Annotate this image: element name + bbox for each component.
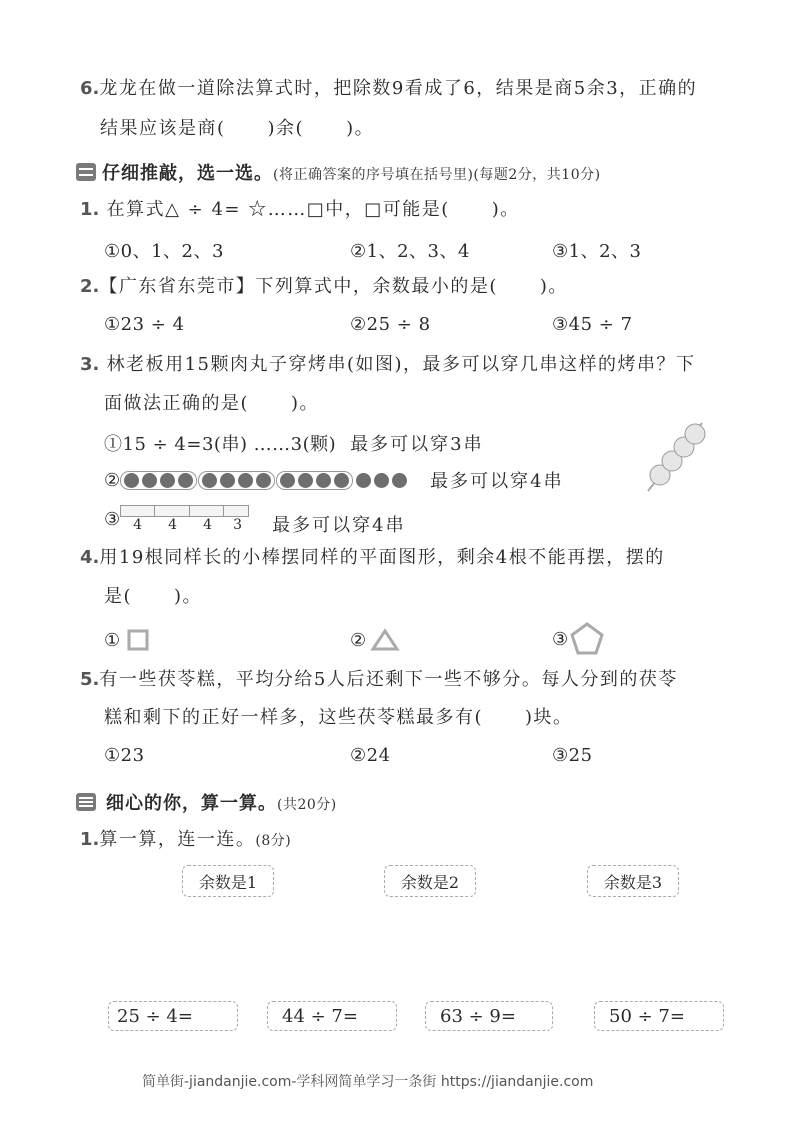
- pentagon-shape-icon: [570, 622, 604, 656]
- group-of-4: [198, 471, 275, 490]
- question-6-line1: 6.龙龙在做一道除法算式时，把除数9看成了6，结果是商5余3，正确的: [80, 77, 697, 101]
- section-2-header: 仔细推敲，选一选。(将正确答案的序号填在括号里)(每题2分，共10分): [76, 159, 601, 185]
- group-of-4: [276, 471, 353, 490]
- option-1[interactable]: ①: [104, 628, 150, 652]
- section-3-header: 细心的你，算一算。(共20分): [76, 789, 337, 815]
- option-3[interactable]: ③1、2、3: [552, 237, 642, 263]
- option-1[interactable]: ①0、1、2、3: [104, 237, 224, 263]
- s2-question-4-line2: 是()。: [104, 585, 202, 609]
- option-2[interactable]: ②24: [350, 745, 391, 766]
- remainder-box-3[interactable]: 余数是3: [587, 865, 679, 897]
- expression-box-3[interactable]: 63 ÷ 9=: [425, 1001, 553, 1031]
- option-1[interactable]: ①23 ÷ 4: [104, 314, 185, 335]
- option-3[interactable]: ③ 4 4 4 3 最多可以穿4串: [104, 505, 406, 537]
- option-2[interactable]: ②: [350, 628, 400, 652]
- footer-watermark: 简单街-jiandanjie.com-学科网简单学习一条街 https://ji…: [142, 1071, 593, 1091]
- option-3[interactable]: ③: [552, 622, 604, 656]
- s3-question-1: 1.算一算，连一连。(8分): [80, 828, 291, 853]
- s2-question-5-line2: 糕和剩下的正好一样多，这些茯苓糕最多有()块。: [104, 706, 573, 730]
- meatball-groups: [120, 471, 410, 490]
- option-2[interactable]: ②25 ÷ 8: [350, 314, 431, 335]
- section-note: (共20分): [277, 797, 337, 813]
- s2-question-3-line2: 面做法正确的是()。: [104, 392, 319, 416]
- section-note: (将正确答案的序号填在括号里)(每题2分，共10分): [273, 167, 601, 183]
- square-shape-icon: [126, 628, 150, 652]
- option-1[interactable]: ①15 ÷ 4=3(串) ……3(颗)最多可以穿3串: [104, 430, 484, 456]
- remainder-box-1[interactable]: 余数是1: [182, 865, 274, 897]
- s2-question-2: 2.【广东省东莞市】下列算式中，余数最小的是()。: [80, 275, 568, 299]
- s2-question-5-line1: 5.有一些茯苓糕，平均分给5人后还剩下一些不够分。每人分到的茯苓: [80, 668, 678, 692]
- s2-question-1: 1. 在算式△ ÷ 4= ☆……□中，□可能是()。: [80, 198, 520, 222]
- expression-box-4[interactable]: 50 ÷ 7=: [594, 1001, 724, 1031]
- triangle-shape-icon: [370, 628, 400, 652]
- remainder-box-2[interactable]: 余数是2: [384, 865, 476, 897]
- expression-box-2[interactable]: 44 ÷ 7=: [267, 1001, 397, 1031]
- meatball-skewer-image: [640, 415, 720, 495]
- s2-question-3-line1: 3. 林老板用15颗肉丸子穿烤串(如图)，最多可以穿几串这样的烤串？下: [80, 353, 696, 377]
- option-3[interactable]: ③25: [552, 745, 593, 766]
- segment-bar: 4 4 4 3: [120, 505, 250, 533]
- option-3[interactable]: ③45 ÷ 7: [552, 314, 633, 335]
- expression-box-1[interactable]: 25 ÷ 4=: [108, 1001, 238, 1031]
- option-1[interactable]: ①23: [104, 745, 145, 766]
- question-6-line2: 结果应该是商()余()。: [100, 117, 374, 141]
- group-of-4: [120, 471, 197, 490]
- option-2[interactable]: ②1、2、3、4: [350, 237, 470, 263]
- section-title: 细心的你，算一算。: [106, 793, 277, 814]
- s2-question-4-line1: 4.用19根同样长的小棒摆同样的平面图形，剩余4根不能再摆，摆的: [80, 546, 665, 570]
- section-three-icon: [76, 793, 96, 811]
- question-number: 6.: [80, 78, 99, 99]
- section-two-icon: [76, 163, 96, 181]
- section-title: 仔细推敲，选一选。: [102, 163, 273, 184]
- option-2[interactable]: ② 最多可以穿4串: [104, 467, 564, 493]
